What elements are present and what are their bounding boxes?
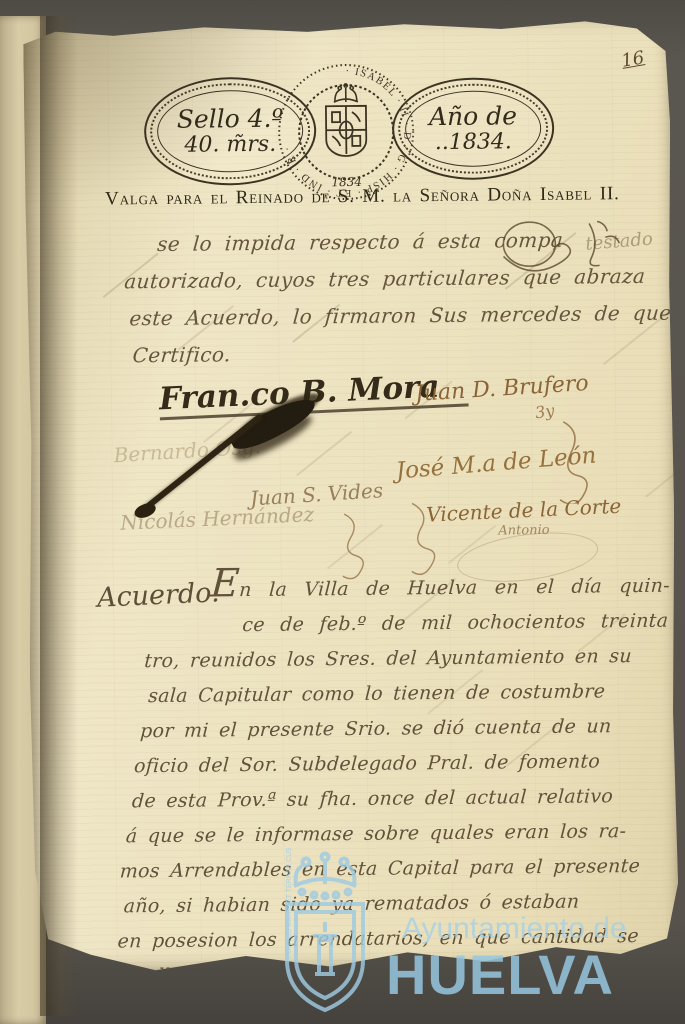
stamp-sello-price: 40. m̃rs. [184,132,276,158]
acuerdo-line: En la Villa de Huelva en el día quin- [209,568,685,608]
acuerdo-line: hallaba cada uno encabezado con la Real [133,954,669,995]
acuerdo-line: año, si habian sido ya rematados ó estab… [123,884,673,925]
crown-icon [334,84,358,102]
acuerdo-line: oficio del Sor. Subdelegado Pral. de fom… [133,744,681,785]
acuerdo-line: por mi el presente Srio. se dió cuenta d… [139,709,683,750]
rubric-loop-icon [388,499,443,576]
stamp-year-label: Año de [429,102,517,130]
acuerdo-line: sala Capitular como lo tienen de costumb… [147,674,685,715]
coat-of-arms-icon [326,106,367,156]
page-number: 16 [620,47,646,72]
ink-flourish-icon [493,215,644,281]
printed-validity-line: Valga para el Reinado de S. M. la Señora… [65,183,660,211]
acuerdo-line: de esta Prov.ª su fha. once del actual r… [131,779,679,820]
archive-photo: 16 Sello 4.º 40. m̃rs. · ISABEL · II · D… [0,0,685,1024]
stamp-year-value: ..1834. [435,129,512,155]
gutter-shadow [40,16,78,1016]
manuscript-page: 16 Sello 4.º 40. m̃rs. · ISABEL · II · D… [23,19,679,976]
acuerdo-paragraph: En la Villa de Huelva en el día quin- ce… [107,568,685,994]
acuerdo-line: tro, reunidos los Sres. del Ayuntamiento… [143,638,685,679]
rubric-loop-icon [533,417,594,504]
acuerdo-line: en posesion los arrendatarios, en que ca… [117,919,671,960]
closing-line: este Acuerdo, lo firmaron Sus mercedes d… [128,295,661,338]
acuerdo-line: á que se le informase sobre quales eran … [125,814,677,855]
rubric-loop-icon [318,510,373,581]
year-stamp: Año de ..1834. [392,77,555,181]
acuerdo-line: mos Arrendables en esta Capital para el … [119,849,675,890]
acuerdo-line: ce de feb.º de mil ochocientos treinta y… [241,603,685,643]
closing-line: Certifico. [131,332,658,375]
stamp-sello-class: Sello 4.º [177,104,284,133]
